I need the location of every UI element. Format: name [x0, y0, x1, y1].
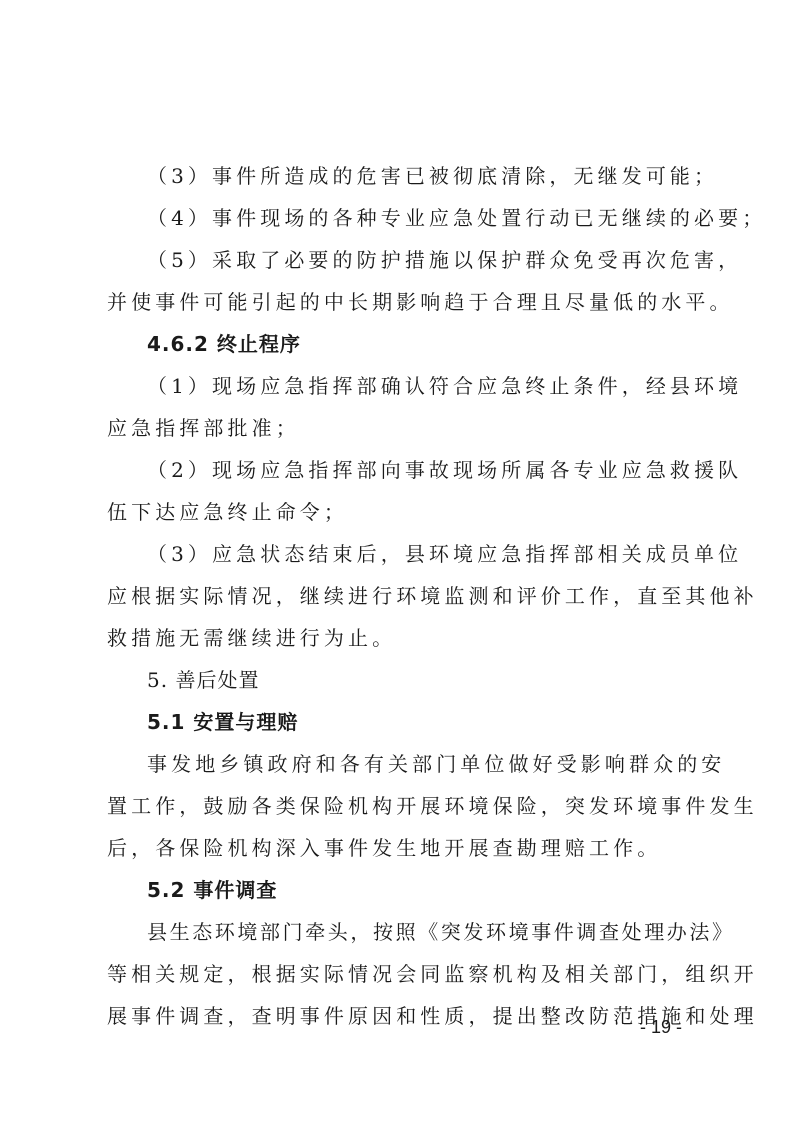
investigation-paragraph-line-3: 展事件调查，查明事件原因和性质，提出整改防范措施和处理: [107, 1003, 707, 1029]
investigation-paragraph-line-2: 等相关规定，根据实际情况会同监察机构及相关部门，组织开: [107, 961, 707, 987]
termination-step-2-continued: 伍下达应急终止命令；: [107, 499, 707, 525]
page-number: - 19 -: [640, 1017, 682, 1038]
termination-step-3: （3）应急状态结束后，县环境应急指挥部相关成员单位: [147, 541, 747, 567]
termination-step-1-continued: 应急指挥部批准；: [107, 415, 707, 441]
termination-step-3-end: 救措施无需继续进行为止。: [107, 625, 707, 651]
termination-step-2: （2）现场应急指挥部向事故现场所属各专业应急救援队: [147, 457, 747, 483]
document-page: （3）事件所造成的危害已被彻底清除，无继发可能； （4）事件现场的各种专业应急处…: [0, 0, 793, 1122]
resettlement-paragraph-line-2: 置工作，鼓励各类保险机构开展环境保险，突发环境事件发生: [107, 793, 707, 819]
condition-item-5: （5）采取了必要的防护措施以保护群众免受再次危害，: [147, 247, 747, 273]
section-heading-5-1: 5.1 安置与理赔: [147, 709, 747, 735]
resettlement-paragraph-line-1: 事发地乡镇政府和各有关部门单位做好受影响群众的安: [147, 751, 747, 777]
section-heading-4-6-2: 4.6.2 终止程序: [147, 331, 747, 357]
section-heading-5-2: 5.2 事件调查: [147, 877, 747, 903]
condition-item-4: （4）事件现场的各种专业应急处置行动已无继续的必要；: [147, 205, 747, 231]
condition-item-3: （3）事件所造成的危害已被彻底清除，无继发可能；: [147, 163, 747, 189]
section-heading-5: 5. 善后处置: [147, 667, 747, 693]
resettlement-paragraph-line-3: 后，各保险机构深入事件发生地开展查勘理赔工作。: [107, 835, 707, 861]
termination-step-1: （1）现场应急指挥部确认符合应急终止条件，经县环境: [147, 373, 747, 399]
termination-step-3-continued: 应根据实际情况，继续进行环境监测和评价工作，直至其他补: [107, 583, 707, 609]
investigation-paragraph-line-1: 县生态环境部门牵头，按照《突发环境事件调查处理办法》: [147, 919, 747, 945]
condition-item-5-continued: 并使事件可能引起的中长期影响趋于合理且尽量低的水平。: [107, 289, 707, 315]
